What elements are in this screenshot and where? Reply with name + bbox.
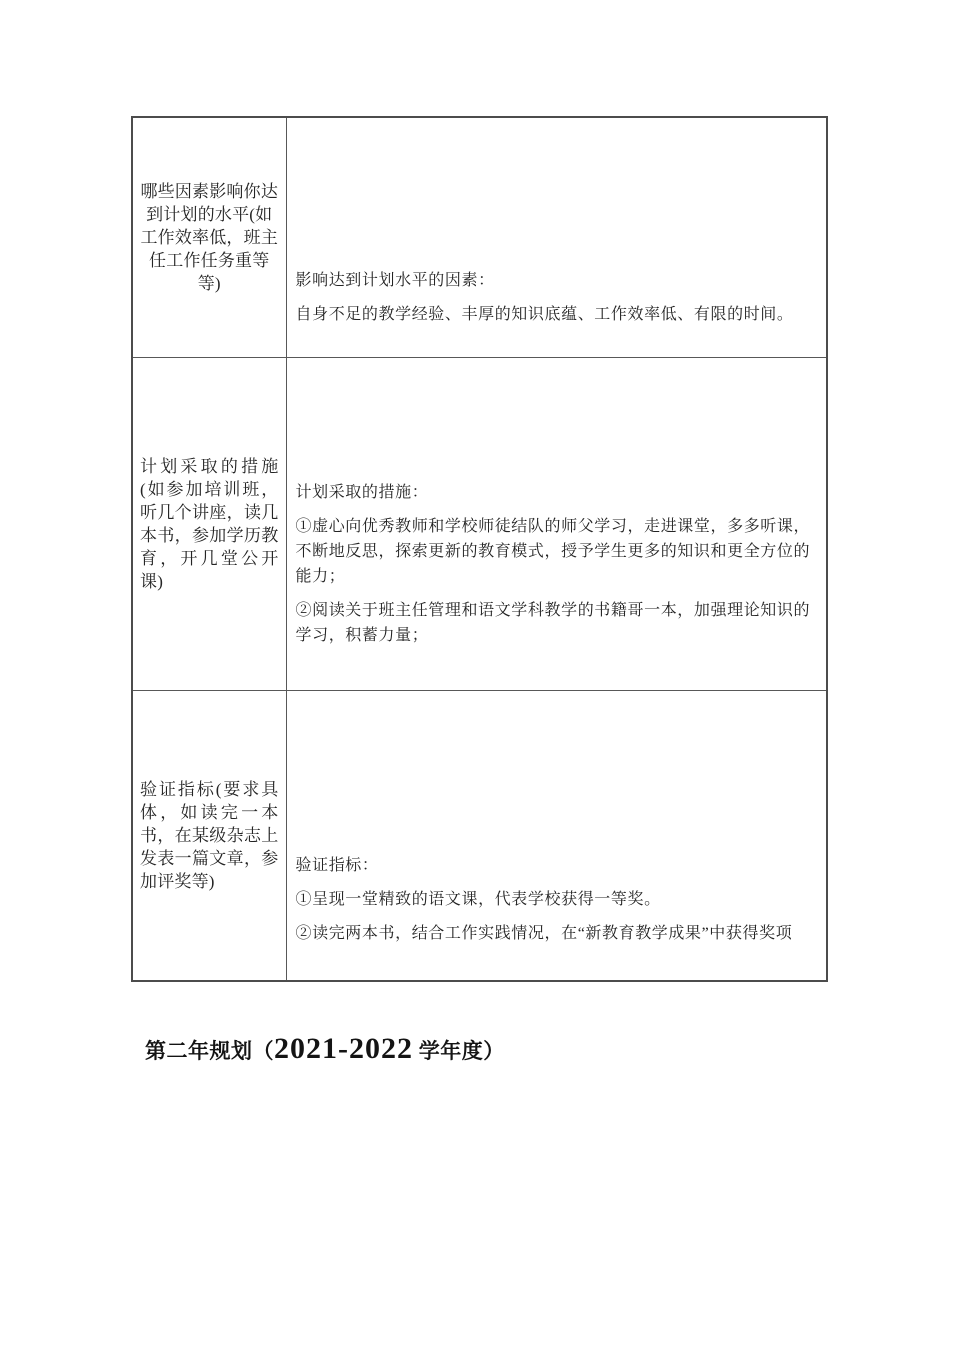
row-label-cell-indicators: 验证指标(要求具体，如读完一本书，在某级杂志上发表一篇文章，参加评奖等) <box>132 690 286 981</box>
cell-paragraph: ②阅读关于班主任管理和语文学科教学的书籍哥一本，加强理论知识的学习，积蓄力量； <box>296 598 819 648</box>
heading-prefix: 第二年规划（ <box>145 1039 274 1063</box>
row-content-cell-measures: 计划采取的措施： ①虚心向优秀教师和学校师徒结队的师父学习，走进课堂，多多听课，… <box>286 357 827 690</box>
heading-suffix: 学年度） <box>413 1039 505 1063</box>
row-label-factors: 哪些因素影响你达到计划的水平(如工作效率低，班主任工作任务重等等) <box>140 182 278 293</box>
cell-paragraph: 自身不足的教学经验、丰厚的知识底蕴、工作效率低、有限的时间。 <box>296 302 819 327</box>
row-label-indicators: 验证指标(要求具体，如读完一本书，在某级杂志上发表一篇文章，参加评奖等) <box>140 780 279 891</box>
plan-table: 哪些因素影响你达到计划的水平(如工作效率低，班主任工作任务重等等) 影响达到计划… <box>131 116 828 982</box>
table-row-measures: 计划采取的措施(如参加培训班，听几个讲座，读几本书，参加学历教育，开几堂公开课)… <box>132 357 827 690</box>
cell-paragraph: 影响达到计划水平的因素： <box>296 268 819 293</box>
row-label-cell-measures: 计划采取的措施(如参加培训班，听几个讲座，读几本书，参加学历教育，开几堂公开课) <box>132 357 286 690</box>
row-label-measures: 计划采取的措施(如参加培训班，听几个讲座，读几本书，参加学历教育，开几堂公开课) <box>140 457 279 591</box>
cell-paragraph: 验证指标： <box>296 853 819 878</box>
row-label-cell-factors: 哪些因素影响你达到计划的水平(如工作效率低，班主任工作任务重等等) <box>132 117 286 357</box>
row-content-cell-factors: 影响达到计划水平的因素： 自身不足的教学经验、丰厚的知识底蕴、工作效率低、有限的… <box>286 117 827 357</box>
table-row-factors: 哪些因素影响你达到计划的水平(如工作效率低，班主任工作任务重等等) 影响达到计划… <box>132 117 827 357</box>
cell-paragraph: 计划采取的措施： <box>296 480 819 505</box>
heading-year-range: 2021-2022 <box>274 1032 413 1065</box>
cell-paragraph: ①虚心向优秀教师和学校师徒结队的师父学习，走进课堂，多多听课，不断地反思，探索更… <box>296 514 819 589</box>
table-row-indicators: 验证指标(要求具体，如读完一本书，在某级杂志上发表一篇文章，参加评奖等) 验证指… <box>132 690 827 981</box>
second-year-plan-heading: 第二年规划（2021-2022 学年度） <box>145 1029 505 1069</box>
document-page: 哪些因素影响你达到计划的水平(如工作效率低，班主任工作任务重等等) 影响达到计划… <box>0 0 960 1357</box>
cell-paragraph: ①呈现一堂精致的语文课，代表学校获得一等奖。 <box>296 887 819 912</box>
cell-paragraph: ②读完两本书，结合工作实践情况，在“新教育教学成果”中获得奖项 <box>296 921 819 946</box>
row-content-cell-indicators: 验证指标： ①呈现一堂精致的语文课，代表学校获得一等奖。 ②读完两本书，结合工作… <box>286 690 827 981</box>
